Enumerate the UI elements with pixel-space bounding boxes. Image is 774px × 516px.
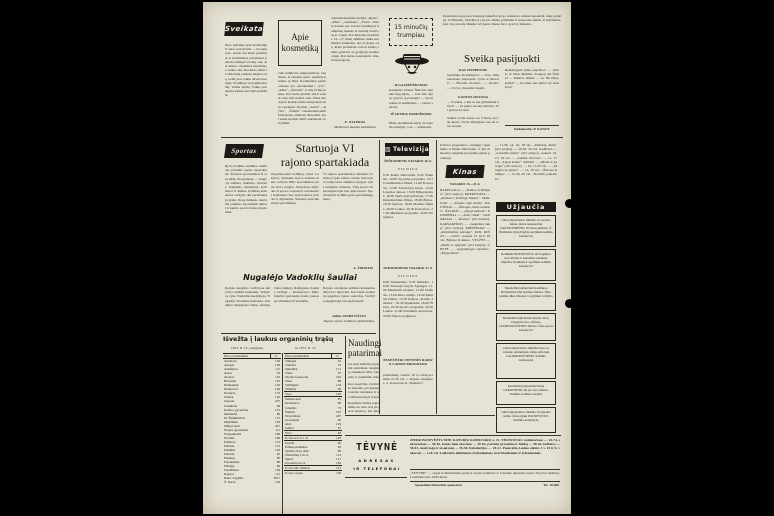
naudingi-divider xyxy=(345,336,346,414)
apie-kosmetika-body-2: rekomenduojama kremai „Rytas“, „Rūta“, „… xyxy=(331,16,379,120)
contacts-rule-top-2 xyxy=(345,435,561,436)
obituary-2: Kolūkinis BUTKEVIČIŲ dėl tragiškos tėvo … xyxy=(496,249,556,281)
televizija-rubric: ▥ Televizija xyxy=(385,143,429,156)
tv-icon: ▥ xyxy=(385,146,391,153)
mid-rule xyxy=(221,333,376,334)
pasijuokti-body-4: Reikalaujam jums pagalbos? — Jonuk, ar ž… xyxy=(505,68,559,124)
uzjaucia-rubric: Užjaučia xyxy=(496,202,556,212)
circulation-line: Tir. 10.000 xyxy=(523,483,559,488)
apie-kosmetika-author-title: Medicinos mokslų kandidatas xyxy=(331,125,379,134)
naudingi-title-1: Naudingi xyxy=(348,338,388,348)
table-row: Ž. Narse104 xyxy=(223,480,281,484)
radio-title: PANEVĖŽIO VIETINĖS RADIJO LAIDOS PROGRAM… xyxy=(383,358,433,372)
trasu-table-right: Ūkio pavadinimas % Smilgiai53Sodeliai53S… xyxy=(284,353,342,475)
sportas-body: Rytoj kolūkio kultūros namuose prasidės … xyxy=(225,164,267,272)
obituary-3: Nuoširdžiai užjaučiam Kazimierą KNIAUKIL… xyxy=(496,283,556,311)
sportas-body-3: VI rajono spartakiados finalinės varžybo… xyxy=(323,172,373,264)
radio-body: pirmadienį, vasario 18 d. Laida prasidės… xyxy=(383,373,433,413)
sportas-title-2: rajono spartakiada xyxy=(265,155,385,169)
obituary-5: Giliai užjaučiam ir liūdime kartu su vel… xyxy=(496,343,556,379)
pasijuokti-title: Sveika pasijuokti xyxy=(443,52,561,66)
col-farm-header-right: Ūkio pavadinimas xyxy=(284,354,332,358)
saulys-author-title: Rajono sporto komiteto pirmininkas xyxy=(323,319,375,328)
naudingi-body-1: Jei sena kailinių apykaklė susivėlusi, m… xyxy=(348,362,380,379)
col-pct-header: % xyxy=(271,354,281,358)
kinas-rubric-text: Kinas xyxy=(452,168,477,176)
farm-percent: 104 xyxy=(271,480,281,484)
obituary-6: Nuoširdžiai užjaučiam Stasę GERIOTIENĘ d… xyxy=(496,381,556,405)
minutes-body-1: Kaunietis Vladas Šimonis sulaukė ilgų me… xyxy=(389,88,433,112)
table-divider xyxy=(282,353,283,514)
tv-day-1-sub: VILNIUS xyxy=(383,167,433,172)
naudingi-body-3: Kepamus bulvių paplotėlius ne tada, kai … xyxy=(348,401,380,414)
obituary-7: Giliai užjaučiam ir liūdime su velionio … xyxy=(496,407,556,433)
obituary-4: Nuoširdžiai užjaučiam Antaną dėl jo bran… xyxy=(496,313,556,341)
newspaper-page: Sveikata Nors kalbame apie kosmetiką ir … xyxy=(203,2,571,514)
contacts-rule-top xyxy=(345,415,495,416)
sportas-body-2: Organizuojant kolūkyje visos varžybos, d… xyxy=(271,172,319,272)
tevyne-logo: TĖVYNĖ xyxy=(348,442,406,453)
col-farm-header: Ūkio pavadinimas xyxy=(223,354,271,358)
minutes-box: 15 minučių trumpiau xyxy=(389,18,433,46)
trasu-table-title: Išvežta į laukus organinių trąšų xyxy=(223,336,341,344)
table-row: Iš viso rajone119 xyxy=(284,471,342,476)
minutes-body-2: Mano skambinau kartą 3e negaliu pabaigti… xyxy=(389,121,433,135)
binder-hole-bottom xyxy=(565,299,571,308)
top-section-rule xyxy=(221,137,563,138)
apie-kosmetika-box: Apie kosmetiką xyxy=(278,20,322,66)
contacts-rule-mid xyxy=(410,469,560,470)
sveikata-rubric-text: Sveikata xyxy=(224,25,263,33)
trasu-table-left: Ūkio pavadinimas % Adomavo126Ariogal109A… xyxy=(223,353,281,484)
trasu-date-right: su 1973. II. 15. xyxy=(295,346,341,351)
sveikata-rubric: Sveikata xyxy=(224,22,263,36)
minutes-sub-2: IŠ SKYRIŲ PAREIŠKIMO xyxy=(389,112,433,121)
sportas-rubric-text: Sportas xyxy=(231,147,257,155)
naudingi-title-2: patarimai xyxy=(348,348,388,358)
kinas-body-right: — 11.30, 14, 16, 18 val., „Didžioji dama… xyxy=(495,143,557,197)
tv-divider-right xyxy=(436,140,437,414)
kinas-body: RAMYGALA — „Romeo ir Džuljeta“ (dvi seri… xyxy=(440,188,490,356)
kinas-rubric: Kinas xyxy=(445,165,484,178)
editor-rule xyxy=(505,125,559,126)
pasijuokti-body-3: Vaikas vardu Jonas vos 3 metų, bet jau s… xyxy=(447,116,499,134)
obituary-1: Giliai užjaučiam ir liūdime su velionio … xyxy=(496,215,556,247)
contacts-subtitle-2: IR TELEFONAI xyxy=(348,466,406,471)
tv-body-2: 9.00 Gimnastika. 9.30 Mankšta. 10.00 Tar… xyxy=(383,280,433,356)
tv-day-2-sub: VILNIUS xyxy=(383,274,433,279)
contacts-note: „TĖVYNĖ“ — organ Komunistinės partijos r… xyxy=(410,471,560,480)
pasijuokti-body-2: — Sveikas, o kur tu per gimtadienį buvai… xyxy=(447,100,499,114)
farm-name: Ž. Narse xyxy=(223,480,271,484)
trasu-table-left-body: Adomavo126Ariogal109Aukštynas115Aulos53A… xyxy=(223,359,281,484)
contacts-subtitle-1: ADRESAS xyxy=(348,458,406,463)
trasu-date-left: 1974. II. 15. palyginus xyxy=(231,346,291,351)
kinas-intro: Įvairios programos: „Jaunųjų“ spektaklis… xyxy=(440,143,490,161)
sportas-rubric: Sportas xyxy=(224,144,264,158)
trasu-table-right-body: Smilgiai53Sodeliai53Spindžiai171Tiltas70… xyxy=(284,359,342,475)
col-pct-header-right: % xyxy=(332,354,342,358)
sportas-title-1: Startuoja VI xyxy=(265,141,385,155)
apie-kosmetika-title-1: Apie xyxy=(291,32,309,43)
uzjaucia-rubric-text: Užjaučia xyxy=(507,203,546,211)
apie-kosmetika-body: veik kambario temperatūroje vandeniu. Ir… xyxy=(278,71,326,135)
pasijuokti-intro: Kiekvieno tarpu, kai šventėje lanksčiai … xyxy=(443,14,561,52)
printer-line: Spausdino Panevėžio spaustuvė xyxy=(415,483,495,488)
saulys-body-2: Rajono estafetėse kolūkio komandos dalyv… xyxy=(323,286,375,312)
pasijuokti-body-1: Susitinka du kaimynai. — Kas, Jūsų nuomo… xyxy=(447,73,499,95)
minutes-title-2: trumpiau xyxy=(397,32,424,40)
man-with-hat-caricature-icon xyxy=(394,52,430,82)
editor-line: Redaktorius P. KANCE xyxy=(505,127,559,132)
televizija-rubric-text: Televizija xyxy=(393,146,429,153)
contacts-rule-bottom xyxy=(410,481,560,482)
farm-name: Iš viso rajone xyxy=(284,471,332,476)
farm-percent: 119 xyxy=(332,471,342,476)
saulys-body: Rajono šaudymo varžybose dalyvavo dešimt… xyxy=(225,286,319,332)
binder-hole-top xyxy=(565,199,571,208)
contacts-rule-left-bottom xyxy=(345,477,407,478)
kinas-dates: VASARIO 15—21 d. xyxy=(440,182,490,187)
apie-kosmetika-title-2: kosmetiką xyxy=(282,43,319,54)
naudingi-body-2: Kad nesiviltų virtuvinės lentelės, jas n… xyxy=(348,382,380,399)
minutes-title-1: 15 minučių xyxy=(394,24,427,32)
saulys-title: Nugalėjo Vadoklių šauliai xyxy=(225,273,375,283)
contacts-address: ZIEDR PANEVĖŽYS MTP, KATURIŲ KOMUNARŲ a.… xyxy=(410,438,560,468)
sportas-author: A. ŽIBAITIS xyxy=(323,266,373,271)
tv-divider-left xyxy=(379,140,380,414)
sveikata-body: Nors kalbame apie kosmetiką ir sako, kad… xyxy=(225,43,267,133)
tv-body-1: 9.30 Kalba žiūrovams. 9.45 Vaikams. 10.0… xyxy=(383,173,433,265)
